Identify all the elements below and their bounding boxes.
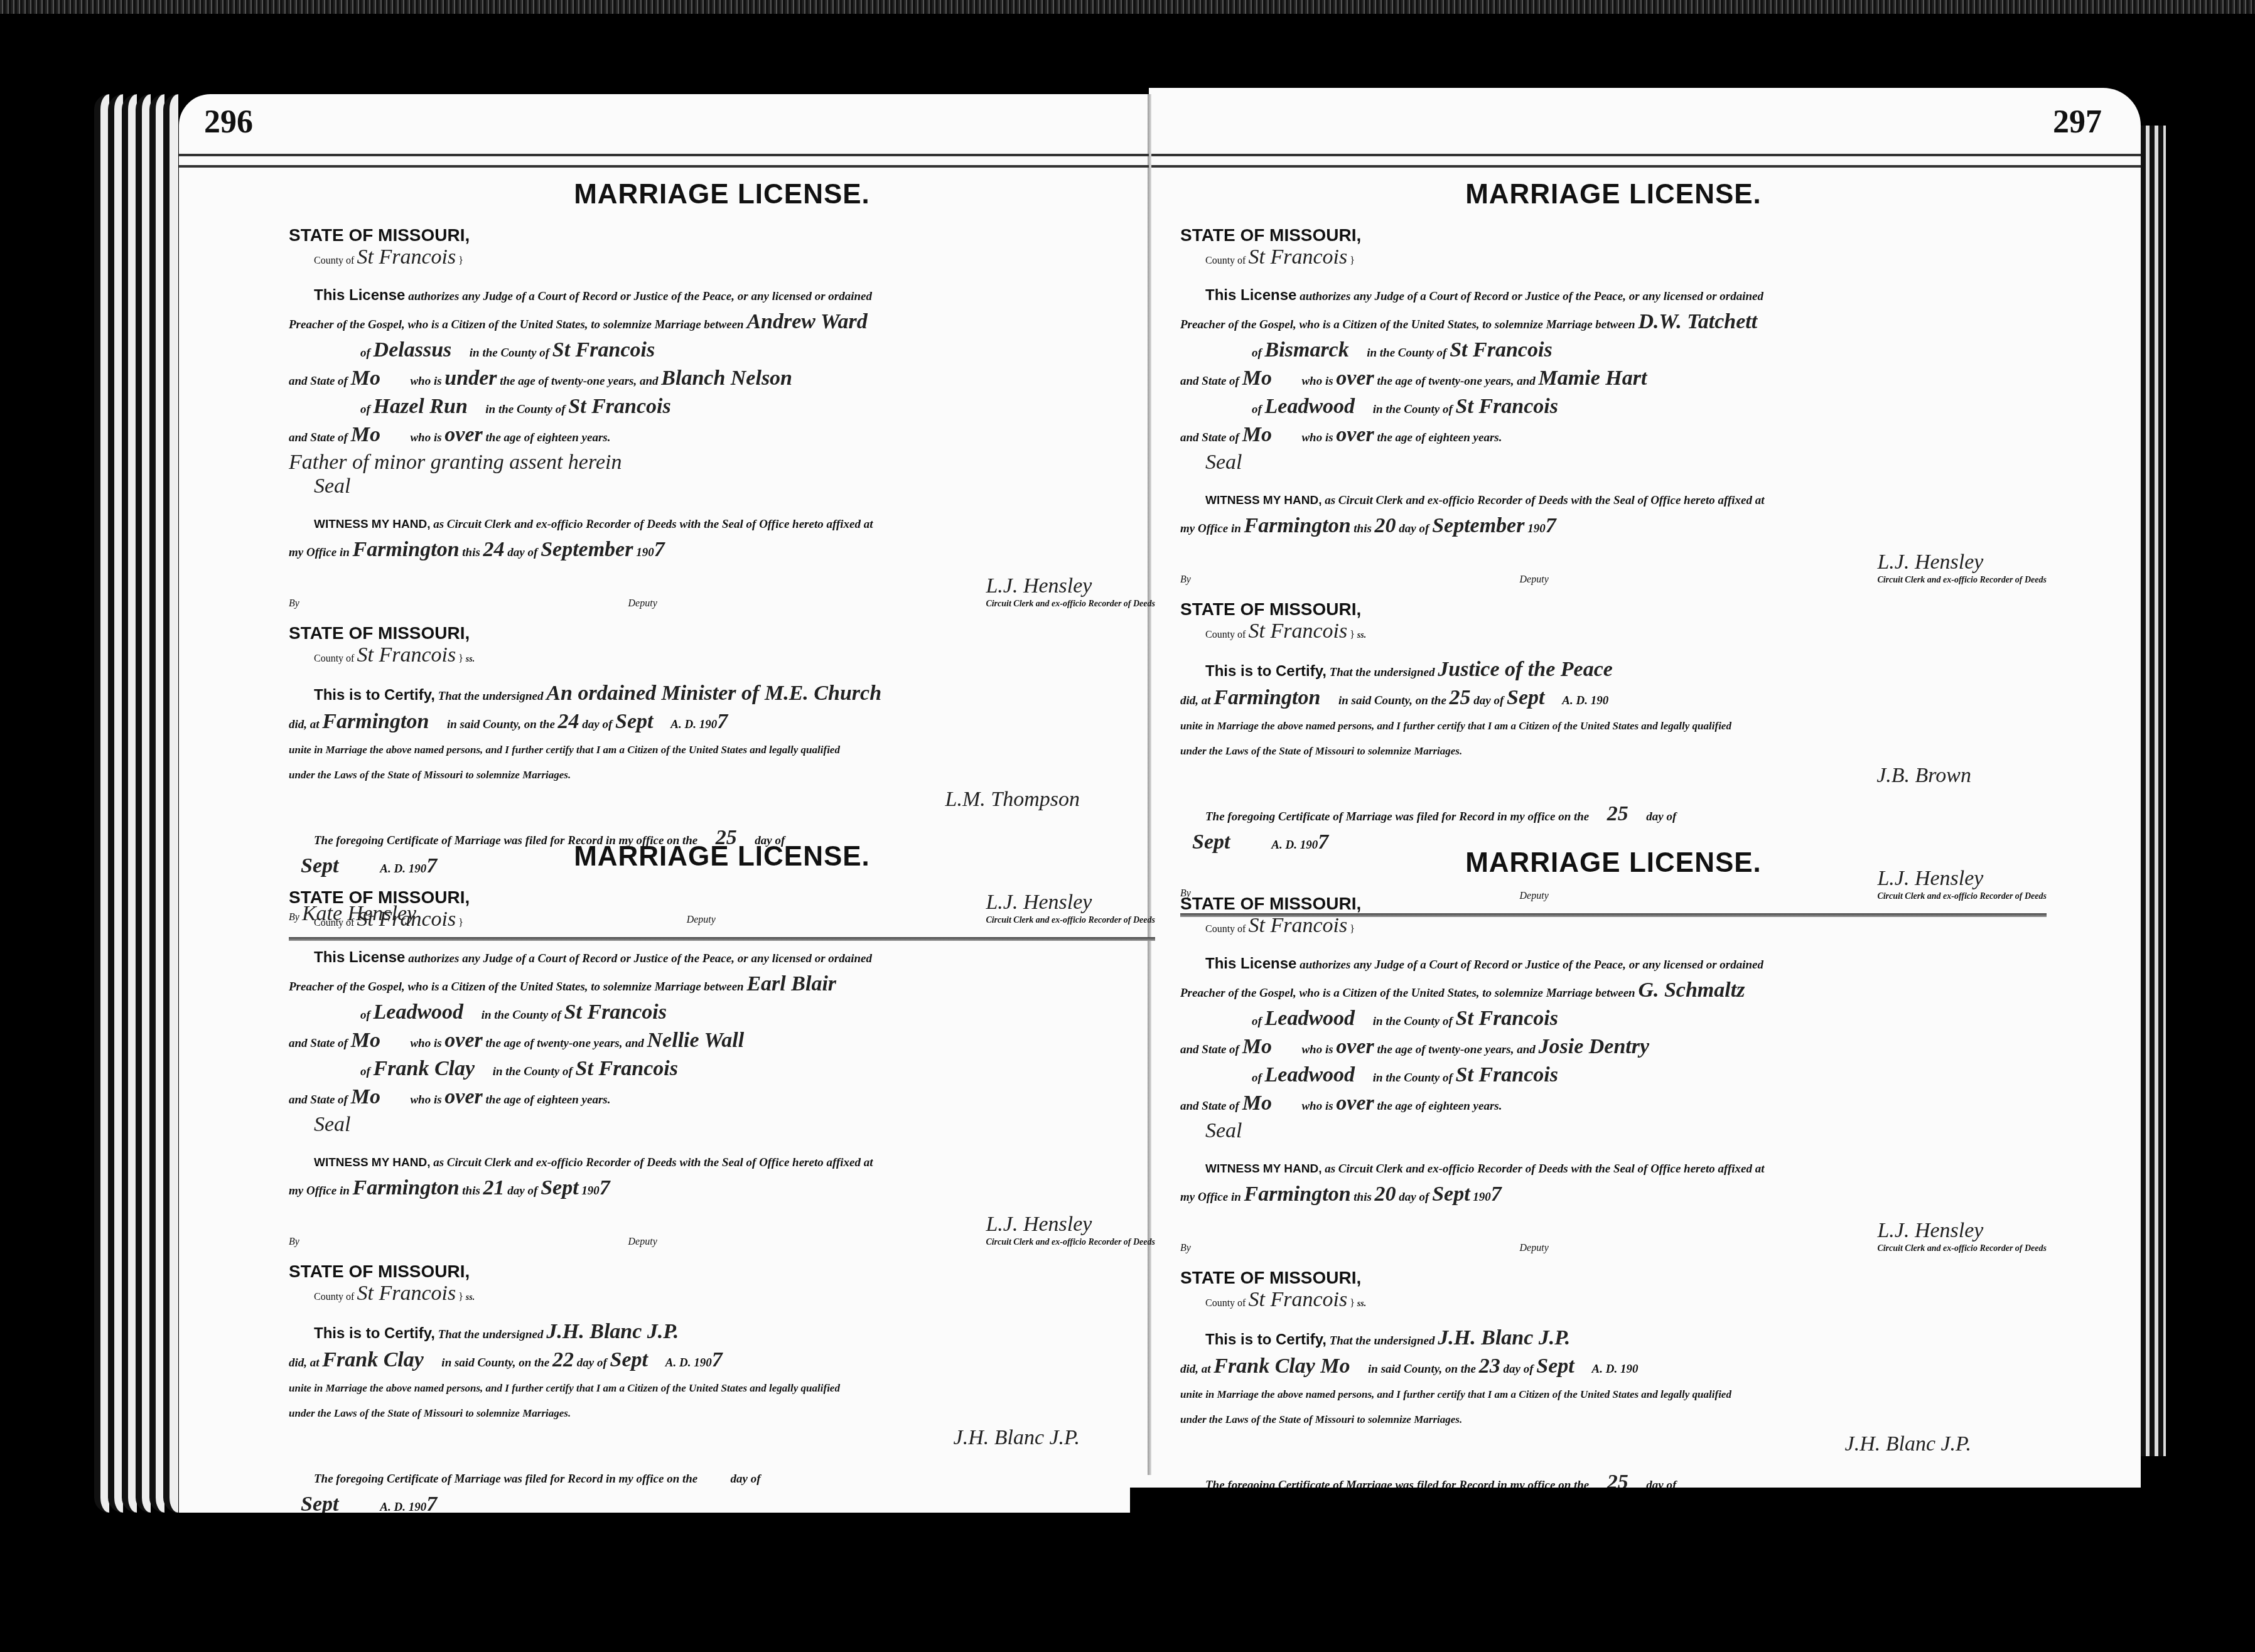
issue-year: 7 (600, 1176, 610, 1199)
bride-name: Nellie Wall (647, 1029, 745, 1052)
officiant-signature: J.H. Blanc J.P. (954, 1426, 1080, 1449)
did-at-label: did, at (289, 718, 320, 731)
age-label: the age of twenty-one years, and (1377, 1043, 1536, 1056)
deputy-label: Deputy (628, 598, 657, 609)
of-label: of (360, 403, 370, 416)
wedding-year: 7 (712, 1348, 723, 1371)
seal-mark: Seal (1205, 451, 2047, 475)
bride-age-status: over (1336, 1091, 1374, 1115)
office-label: my Office in (289, 546, 350, 559)
header-rule-left (179, 154, 1149, 168)
bride-county: St Francois (1456, 395, 1558, 418)
office-location: Farmington (353, 538, 460, 561)
ss-label: ss. (1357, 631, 1366, 640)
county-value: St Francois (1248, 914, 1347, 937)
officiant: Justice of the Peace (1438, 658, 1613, 681)
recorder-caption: Circuit Clerk and ex-officio Recorder of… (1877, 576, 2047, 585)
day-of-label: day of (1399, 1191, 1429, 1204)
county-label: in the County of (493, 1065, 573, 1078)
who-is-label: who is (410, 375, 441, 388)
groom-residence: Delassus (374, 338, 452, 362)
officiant-signature: L.M. Thompson (945, 788, 1080, 811)
license-text: Preacher of the Gospel, who is a Citizen… (289, 980, 744, 994)
seal-mark: Seal (314, 1113, 1155, 1137)
state-heading: STATE OF MISSOURI, (1180, 599, 1361, 619)
license-lead: This License (314, 949, 405, 966)
day-of-label: day of (1504, 1363, 1534, 1376)
year-prefix: 190 (636, 546, 654, 559)
recorder-signature: L.J. Hensley (1877, 550, 1983, 574)
license-text: authorizes any Judge of a Court of Recor… (408, 952, 872, 965)
office-label: my Office in (289, 1184, 350, 1198)
witness-text: as Circuit Clerk and ex-officio Recorder… (1325, 494, 1764, 507)
bride-state: Mo (351, 423, 380, 446)
wedding-month: Sept (615, 710, 653, 733)
year-prefix: 190 (581, 1184, 600, 1198)
office-label: my Office in (1180, 1191, 1241, 1204)
license-title: MARRIAGE LICENSE. (1180, 179, 2047, 210)
cert-county: St Francois (1248, 619, 1347, 643)
did-at-label: did, at (1180, 694, 1211, 707)
wedding-month: Sept (1507, 686, 1544, 709)
groom-state: Mo (1242, 1035, 1272, 1058)
license-record-4: MARRIAGE LICENSE. STATE OF MISSOURI, Cou… (1180, 847, 2047, 1597)
age-label: the age of eighteen years. (486, 431, 611, 444)
groom-name: Andrew Ward (746, 310, 867, 333)
this-label: this (1354, 522, 1372, 535)
consent-note: Father of minor granting assent herein (289, 451, 1155, 475)
county-label: County of (314, 653, 354, 664)
year-prefix: 190 (1527, 522, 1546, 535)
day-of-label: day of (582, 718, 612, 731)
license-record-1: MARRIAGE LICENSE. STATE OF MISSOURI, Cou… (289, 179, 1155, 952)
license-title: MARRIAGE LICENSE. (289, 179, 1155, 210)
page-number-right: 297 (2053, 104, 2102, 141)
groom-residence: Bismarck (1265, 338, 1349, 362)
seal-mark: Seal (1205, 1119, 2047, 1143)
bride-residence: Leadwood (1265, 395, 1355, 418)
day-of-label: day of (1473, 694, 1504, 707)
groom-name: G. Schmaltz (1638, 979, 1745, 1002)
state-heading: STATE OF MISSOURI, (289, 1262, 470, 1281)
certify-text: That the undersigned (438, 690, 544, 703)
county-value: St Francois (357, 908, 456, 931)
witness-text: as Circuit Clerk and ex-officio Recorder… (433, 518, 873, 531)
state-heading: STATE OF MISSOURI, (1180, 1268, 1361, 1287)
license-text: authorizes any Judge of a Court of Recor… (408, 290, 872, 303)
bride-name: Blanch Nelson (661, 367, 792, 390)
issue-day: 24 (483, 538, 505, 561)
recorder-signature: L.J. Hensley (1877, 1219, 1983, 1242)
office-label: my Office in (1180, 522, 1241, 535)
issue-day: 20 (1375, 514, 1396, 537)
wedding-year: 7 (717, 710, 728, 733)
county-label: in said County, on the (447, 718, 555, 731)
day-of-label: day of (507, 1184, 537, 1198)
scan-shadow-right (1130, 1488, 2255, 1652)
witness-lead: WITNESS MY HAND, (1205, 1162, 1321, 1176)
issue-month: Sept (541, 1176, 578, 1199)
wedding-day: 24 (558, 710, 579, 733)
recorder-caption: Circuit Clerk and ex-officio Recorder of… (986, 1238, 1155, 1247)
recorder-signature: L.J. Hensley (986, 1213, 1092, 1236)
groom-county: St Francois (552, 338, 655, 362)
issue-month: Sept (1432, 1183, 1470, 1206)
this-label: this (462, 1184, 480, 1198)
of-label: of (360, 1065, 370, 1078)
county-label: County of (314, 255, 354, 266)
bride-name: Josie Dentry (1539, 1035, 1650, 1058)
county-label: County of (314, 1292, 354, 1302)
officiant: J.H. Blanc J.P. (1438, 1326, 1570, 1349)
certify-text: That the undersigned (1330, 666, 1435, 679)
issue-year: 7 (654, 538, 665, 561)
witness-lead: WITNESS MY HAND, (314, 518, 430, 531)
age-label: the age of twenty-one years, and (486, 1037, 644, 1050)
state-label: and State of (1180, 1043, 1239, 1056)
certify-text: unite in Marriage the above named person… (289, 744, 840, 756)
seal-mark: Seal (314, 475, 1155, 498)
certify-text: under the Laws of the State of Missouri … (289, 1407, 571, 1419)
license-title: MARRIAGE LICENSE. (289, 841, 1155, 872)
certify-text: under the Laws of the State of Missouri … (1180, 745, 1462, 757)
state-label: and State of (1180, 431, 1239, 444)
age-label: the age of twenty-one years, and (1377, 375, 1536, 388)
county-label: in the County of (482, 1009, 561, 1022)
by-label: By (289, 598, 299, 609)
license-text: Preacher of the Gospel, who is a Citizen… (1180, 987, 1635, 1000)
state-heading: STATE OF MISSOURI, (289, 888, 470, 907)
groom-county: St Francois (1450, 338, 1552, 362)
county-label: County of (1205, 924, 1246, 935)
state-heading: STATE OF MISSOURI, (1180, 225, 1361, 245)
bride-residence: Leadwood (1265, 1063, 1355, 1086)
county-value: St Francois (1248, 245, 1347, 269)
bride-name: Mamie Hart (1539, 367, 1647, 390)
issue-month: September (541, 538, 633, 561)
state-label: and State of (289, 375, 348, 388)
ss-label: ss. (466, 655, 475, 664)
ad-label: A. D. 190 (1592, 1363, 1639, 1376)
county-label: in the County of (1373, 1015, 1453, 1028)
license-lead: This License (1205, 287, 1296, 304)
did-at-label: did, at (289, 1356, 320, 1370)
bride-age-status: over (1336, 423, 1374, 446)
certify-lead: This is to Certify, (314, 687, 435, 704)
bride-state: Mo (1242, 423, 1272, 446)
office-location: Farmington (353, 1176, 460, 1199)
state-label: and State of (1180, 1100, 1239, 1113)
by-label: By (1180, 1243, 1191, 1253)
who-is-label: who is (1301, 1043, 1333, 1056)
county-label: in said County, on the (1368, 1363, 1476, 1376)
deputy-label: Deputy (1520, 574, 1549, 586)
wedding-month: Sept (1536, 1354, 1574, 1378)
day-of-label: day of (507, 546, 537, 559)
county-label: County of (314, 918, 354, 928)
day-of-label: day of (577, 1356, 607, 1370)
county-label: in the County of (1367, 346, 1446, 360)
certify-text: under the Laws of the State of Missouri … (1180, 1413, 1462, 1425)
ad-label: A. D. 190 (1562, 694, 1608, 707)
filed-text: The foregoing Certificate of Marriage wa… (1205, 810, 1589, 823)
wedding-day: 25 (1450, 686, 1471, 709)
bride-county: St Francois (1456, 1063, 1558, 1086)
bride-county: St Francois (576, 1057, 678, 1080)
who-is-label: who is (1301, 375, 1333, 388)
ad-label: A. D. 190 (380, 1501, 426, 1514)
groom-age-status: under (444, 367, 497, 390)
deputy-label: Deputy (1520, 1243, 1549, 1254)
issue-year: 7 (1546, 514, 1556, 537)
of-label: of (1252, 403, 1262, 416)
certify-text: unite in Marriage the above named person… (1180, 1388, 1731, 1400)
wedding-month: Sept (610, 1348, 648, 1371)
county-label: in said County, on the (441, 1356, 549, 1370)
state-heading: STATE OF MISSOURI, (1180, 894, 1361, 913)
book-right-edge (2141, 126, 2166, 1456)
license-lead: This License (314, 287, 405, 304)
cert-county: St Francois (357, 643, 456, 667)
bride-county: St Francois (568, 395, 670, 418)
certify-text: That the undersigned (438, 1328, 544, 1341)
groom-residence: Leadwood (1265, 1007, 1355, 1030)
groom-name: D.W. Tatchett (1638, 310, 1757, 333)
county-label: in the County of (485, 403, 565, 416)
license-text: authorizes any Judge of a Court of Recor… (1300, 290, 1763, 303)
license-record-2: MARRIAGE LICENSE. STATE OF MISSOURI, Cou… (1180, 179, 2047, 928)
age-label: the age of eighteen years. (1377, 1100, 1502, 1113)
recorder-caption: Circuit Clerk and ex-officio Recorder of… (1877, 1244, 2047, 1253)
witness-lead: WITNESS MY HAND, (1205, 494, 1321, 507)
issue-day: 20 (1375, 1183, 1396, 1206)
certify-text: under the Laws of the State of Missouri … (289, 769, 571, 781)
bride-residence: Hazel Run (374, 395, 468, 418)
who-is-label: who is (1301, 1100, 1333, 1113)
wedding-day: 23 (1479, 1354, 1500, 1378)
county-label: County of (1205, 630, 1246, 640)
book-page-edges (94, 94, 182, 1513)
groom-name: Earl Blair (746, 972, 836, 995)
this-label: this (1354, 1191, 1372, 1204)
deputy-label: Deputy (628, 1236, 657, 1248)
bride-state: Mo (1242, 1091, 1272, 1115)
certify-lead: This is to Certify, (1205, 1331, 1327, 1348)
who-is-label: who is (410, 1093, 441, 1107)
issue-year: 7 (1491, 1183, 1502, 1206)
groom-county: St Francois (564, 1000, 667, 1024)
groom-state: Mo (1242, 367, 1272, 390)
officiant: J.H. Blanc J.P. (546, 1320, 679, 1343)
bride-residence: Frank Clay (374, 1057, 475, 1080)
this-label: this (462, 546, 480, 559)
age-label: the age of eighteen years. (486, 1093, 611, 1107)
issue-day: 21 (483, 1176, 505, 1199)
groom-age-status: over (1336, 367, 1374, 390)
filed-text: The foregoing Certificate of Marriage wa… (314, 1472, 697, 1486)
by-label: By (289, 1236, 299, 1247)
day-of-label: day of (1646, 810, 1676, 823)
of-label: of (360, 346, 370, 360)
filed-day: 25 (1607, 802, 1628, 825)
officiant-signature: J.H. Blanc J.P. (1845, 1432, 1971, 1456)
witness-lead: WITNESS MY HAND, (314, 1156, 430, 1169)
groom-age-status: over (444, 1029, 482, 1052)
county-label: County of (1205, 255, 1246, 266)
license-record-3: MARRIAGE LICENSE. STATE OF MISSOURI, Cou… (289, 841, 1155, 1590)
age-label: the age of eighteen years. (1377, 431, 1502, 444)
certify-text: That the undersigned (1330, 1334, 1435, 1348)
witness-text: as Circuit Clerk and ex-officio Recorder… (1325, 1162, 1764, 1176)
state-label: and State of (1180, 375, 1239, 388)
who-is-label: who is (410, 431, 441, 444)
age-label: the age of twenty-one years, and (500, 375, 658, 388)
wedding-place: Frank Clay Mo (1214, 1354, 1350, 1378)
issue-month: September (1432, 514, 1524, 537)
day-of-label: day of (1399, 522, 1429, 535)
license-text: Preacher of the Gospel, who is a Citizen… (289, 318, 744, 331)
office-location: Farmington (1244, 514, 1351, 537)
groom-county: St Francois (1456, 1007, 1558, 1030)
wedding-place: Farmington (1214, 686, 1320, 709)
certify-lead: This is to Certify, (1205, 663, 1327, 680)
year-prefix: 190 (1473, 1191, 1491, 1204)
recorder-signature: L.J. Hensley (986, 574, 1092, 598)
who-is-label: who is (1301, 431, 1333, 444)
of-label: of (1252, 1071, 1262, 1085)
state-heading: STATE OF MISSOURI, (289, 225, 470, 245)
witness-text: as Circuit Clerk and ex-officio Recorder… (433, 1156, 873, 1169)
of-label: of (1252, 346, 1262, 360)
certify-lead: This is to Certify, (314, 1325, 435, 1342)
wedding-place: Farmington (322, 710, 429, 733)
bride-state: Mo (351, 1085, 380, 1108)
header-rule-right (1151, 154, 2141, 168)
did-at-label: did, at (1180, 1363, 1211, 1376)
recorder-caption: Circuit Clerk and ex-officio Recorder of… (986, 599, 1155, 609)
county-label: in said County, on the (1338, 694, 1446, 707)
officiant-signature: J.B. Brown (1876, 764, 1971, 787)
license-title: MARRIAGE LICENSE. (1180, 847, 2047, 879)
of-label: of (1252, 1015, 1262, 1028)
license-text: authorizes any Judge of a Court of Recor… (1300, 958, 1763, 972)
county-label: in the County of (1373, 403, 1453, 416)
county-label: in the County of (470, 346, 549, 360)
county-label: County of (1205, 1298, 1246, 1309)
groom-state: Mo (351, 367, 380, 390)
state-heading: STATE OF MISSOURI, (289, 623, 470, 643)
groom-residence: Leadwood (374, 1000, 464, 1024)
cert-county: St Francois (1248, 1288, 1347, 1311)
certify-text: unite in Marriage the above named person… (289, 1382, 840, 1394)
cert-county: St Francois (357, 1282, 456, 1305)
scan-artifact-bar (0, 0, 2255, 14)
state-label: and State of (289, 1037, 348, 1050)
ad-label: A. D. 190 (665, 1356, 712, 1370)
wedding-day: 22 (552, 1348, 574, 1371)
day-of-label: day of (731, 1472, 761, 1486)
ad-label: A. D. 190 (670, 718, 717, 731)
office-location: Farmington (1244, 1183, 1351, 1206)
ss-label: ss. (1357, 1299, 1366, 1309)
of-label: of (360, 1009, 370, 1022)
wedding-place: Frank Clay (322, 1348, 424, 1371)
ss-label: ss. (466, 1293, 475, 1302)
state-label: and State of (289, 431, 348, 444)
certify-text: unite in Marriage the above named person… (1180, 720, 1731, 732)
county-value: St Francois (357, 245, 456, 269)
officiant: An ordained Minister of M.E. Church (546, 682, 881, 705)
county-label: in the County of (1373, 1071, 1453, 1085)
page-number-left: 296 (204, 104, 253, 141)
groom-age-status: over (1336, 1035, 1374, 1058)
by-label: By (1180, 574, 1191, 585)
bride-age-status: over (444, 423, 482, 446)
license-lead: This License (1205, 955, 1296, 972)
license-text: Preacher of the Gospel, who is a Citizen… (1180, 318, 1635, 331)
scan-shadow-left (94, 1513, 1161, 1652)
who-is-label: who is (410, 1037, 441, 1050)
bride-age-status: over (444, 1085, 482, 1108)
state-label: and State of (289, 1093, 348, 1107)
groom-state: Mo (351, 1029, 380, 1052)
